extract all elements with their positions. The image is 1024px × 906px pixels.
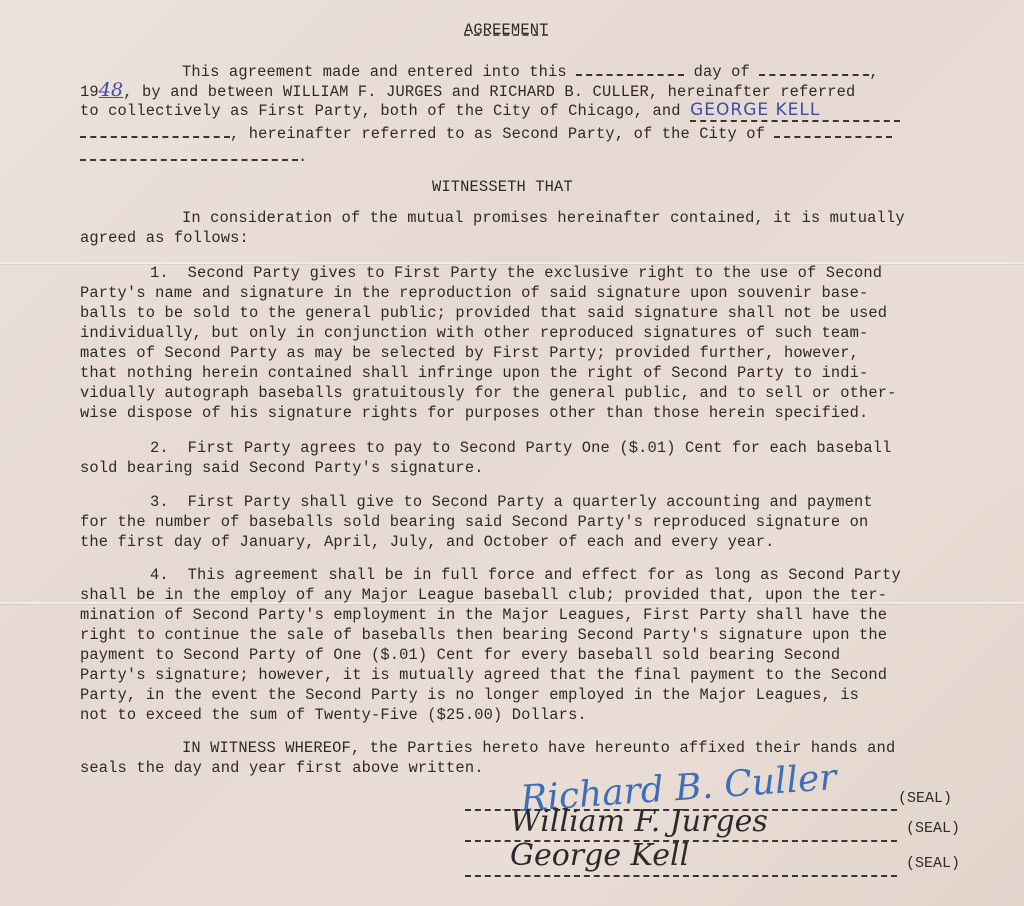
clause-line: that nothing herein contained shall infr… xyxy=(80,363,868,383)
clause-line: balls to be sold to the general public; … xyxy=(80,303,887,323)
preamble-text: to collectively as First Party, both of … xyxy=(80,102,681,120)
clause-line: shall be in the employ of any Major Leag… xyxy=(80,585,887,605)
month-blank xyxy=(759,60,869,76)
witness-clause-line: seals the day and year first above writt… xyxy=(80,758,484,778)
signature-william-jurges: William F. Jurges xyxy=(510,804,768,839)
seal-label: (SEAL) xyxy=(906,820,960,837)
signature-george-kell: George Kell xyxy=(510,838,689,873)
clause-line: Party's name and signature in the reprod… xyxy=(80,283,868,303)
document-title: AGREEMENT xyxy=(464,20,548,40)
city-blank xyxy=(774,122,892,138)
clause-line: mination of Second Party's employment in… xyxy=(80,605,887,625)
agreement-document: AGREEMENT This agreement made and entere… xyxy=(0,0,1024,906)
clause-line: right to continue the sale of baseballs … xyxy=(80,625,887,645)
clause-number: 3. xyxy=(150,493,169,511)
clause-line: Second Party gives to First Party the ex… xyxy=(188,264,883,282)
year-prefix: 19 xyxy=(80,83,99,101)
clause-line: Party's signature; however, it is mutual… xyxy=(80,665,887,685)
city-blank-continued xyxy=(80,145,298,161)
preamble-text: , hereinafter referred to as Second Part… xyxy=(230,125,765,143)
clause-number: 4. xyxy=(150,566,169,584)
clause-number: 1. xyxy=(150,264,169,282)
clause-4: 4. This agreement shall be in full force… xyxy=(150,565,901,585)
preamble-line-1: This agreement made and entered into thi… xyxy=(182,60,879,82)
clause-line: wise dispose of his signature rights for… xyxy=(80,403,868,423)
preamble-text: , by and between WILLIAM F. JURGES and R… xyxy=(123,83,855,101)
preamble-line-3: to collectively as First Party, both of … xyxy=(80,100,900,122)
clause-line: First Party shall give to Second Party a… xyxy=(188,493,873,511)
clause-line: individually, but only in conjunction wi… xyxy=(80,323,868,343)
preamble-text: day of xyxy=(694,63,750,81)
clause-1: 1. Second Party gives to First Party the… xyxy=(150,263,882,283)
witnesseth-heading: WITNESSETH THAT xyxy=(432,177,573,197)
clause-3: 3. First Party shall give to Second Part… xyxy=(150,492,873,512)
intro-line: In consideration of the mutual promises … xyxy=(182,208,905,228)
handwritten-year: 48 xyxy=(99,79,123,101)
clause-line: payment to Second Party of One ($.01) Ce… xyxy=(80,645,840,665)
clause-line: vidually autograph baseballs gratuitousl… xyxy=(80,383,897,403)
clause-line: First Party agrees to pay to Second Part… xyxy=(188,439,892,457)
preamble-text: This agreement made and entered into thi… xyxy=(182,63,567,81)
period: . xyxy=(298,148,307,166)
clause-number: 2. xyxy=(150,439,169,457)
clause-2: 2. First Party agrees to pay to Second P… xyxy=(150,438,892,458)
preamble-line-2: 1948, by and between WILLIAM F. JURGES a… xyxy=(80,80,855,102)
seal-label: (SEAL) xyxy=(906,855,960,872)
preamble-line-4: , hereinafter referred to as Second Part… xyxy=(80,122,892,144)
clause-line: sold bearing said Second Party's signatu… xyxy=(80,458,484,478)
intro-line: agreed as follows: xyxy=(80,228,249,248)
preamble-line-5: . xyxy=(80,145,307,167)
witness-clause-line: IN WITNESS WHEREOF, the Parties hereto h… xyxy=(182,738,895,758)
clause-line: not to exceed the sum of Twenty-Five ($2… xyxy=(80,705,587,725)
clause-line: mates of Second Party as may be selected… xyxy=(80,343,859,363)
handwritten-second-party-name: GEORGE KELL xyxy=(690,100,900,122)
seal-label: (SEAL) xyxy=(898,790,952,807)
clause-line: Party, in the event the Second Party is … xyxy=(80,685,859,705)
clause-line: the first day of January, April, July, a… xyxy=(80,532,775,552)
name-continuation-blank xyxy=(80,122,230,138)
clause-line: This agreement shall be in full force an… xyxy=(188,566,901,584)
day-blank xyxy=(576,60,684,76)
signature-line xyxy=(465,875,897,877)
clause-line: for the number of baseballs sold bearing… xyxy=(80,512,868,532)
